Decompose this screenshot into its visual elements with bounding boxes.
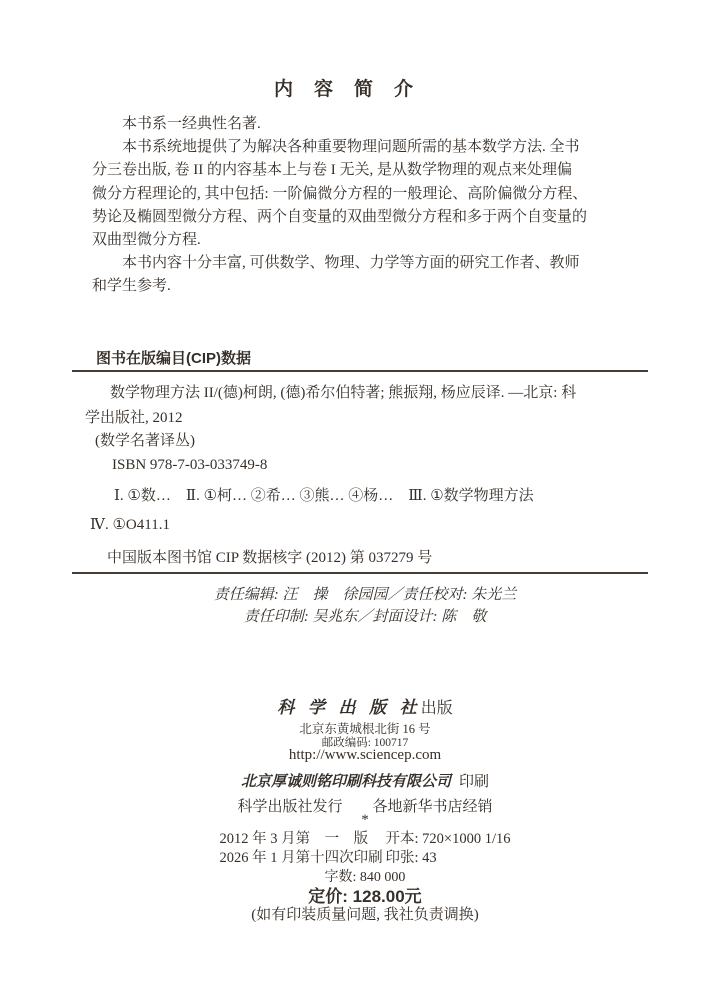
cip-header: 图书在版编目(CIP)数据 [96,347,251,368]
printer-name: 北京厚诚则铭印刷科技有限公司 [241,772,451,790]
cip-isbn: ISBN 978-7-03-033749-8 [112,457,267,474]
publisher-name: 科学出版社 [277,698,430,718]
copyright-page: 内 容 简 介 本书系一经典性名著. 本书系统地提供了为解决各种重要物理问题所需… [0,0,720,1000]
intro-line-1: 本书系一经典性名著. [92,113,628,136]
format-cell: 开本: 720×1000 1/16 [386,830,511,849]
staff-credits: 责任编辑: 汪 操 徐园园／责任校对: 朱光兰 责任印制: 吴兆东／封面设计: … [10,584,720,628]
spec-row-edition: 2012 年 3 月第 一 版 开本: 720×1000 1/16 [220,830,511,849]
intro-line-8: 和学生参考. [92,275,628,298]
publisher-website: http://www.sciencep.com [10,747,720,764]
cip-classification-line1: Ⅰ. ①数… Ⅱ. ①柯… ②希… ③熊… ④杨… Ⅲ. ①数学物理方法 [114,484,534,505]
separator-star: * [10,812,720,829]
intro-paragraphs: 本书系一经典性名著. 本书系统地提供了为解决各种重要物理问题所需的基本数学方法.… [92,113,628,299]
cip-block: 图书在版编目(CIP)数据 数学物理方法 II/(德)柯朗, (德)希尔伯特著;… [72,344,648,576]
intro-line-6: 双曲型微分方程. [92,229,628,252]
cip-classification-line2: Ⅳ. ①O411.1 [90,515,170,534]
intro-title: 内 容 简 介 [0,74,688,101]
staff-printing-cover-line: 责任印制: 吴兆东／封面设计: 陈 敬 [10,606,720,628]
printer-suffix: 印刷 [459,774,489,790]
cip-registry: 中国版本图书馆 CIP 数据核字 (2012) 第 037279 号 [107,546,432,567]
cip-divider-top [72,370,648,372]
staff-editors-line: 责任编辑: 汪 操 徐园园／责任校对: 朱光兰 [10,584,720,606]
intro-line-5: 势论及椭圆型微分方程、两个自变量的双曲型微分方程和多于两个自变量的 [92,206,628,229]
intro-line-3: 分三卷出版, 卷 II 的内容基本上与卷 I 无关, 是从数学物理的观点来处理偏 [92,159,628,182]
publisher-suffix: 出版 [421,700,453,717]
reprint-note: (如有印装质量问题, 我社负责调换) [10,903,720,924]
cip-record-line1: 数学物理方法 II/(德)柯朗, (德)希尔伯特著; 熊振翔, 杨应辰译. —北… [110,381,576,402]
intro-line-4: 微分方程理论的, 其中包括: 一阶偏微分方程的一般理论、高阶偏微分方程、 [92,183,628,206]
intro-line-2: 本书系统地提供了为解决各种重要物理问题所需的基本数学方法. 全书 [92,136,628,159]
edition-cell: 2012 年 3 月第 一 版 [220,830,386,849]
cip-series: (数学名著译丛) [95,429,195,450]
intro-line-7: 本书内容十分丰富, 可供数学、物理、力学等方面的研究工作者、教师 [92,252,628,275]
publisher-line: 科学出版社出版 [10,693,720,718]
print-spec-table: 2012 年 3 月第 一 版 开本: 720×1000 1/16 2026 年… [220,830,511,868]
printer-line: 北京厚诚则铭印刷科技有限公司印刷 [10,770,720,791]
cip-record-line2: 学出版社, 2012 [85,406,183,427]
cip-divider-bottom [72,572,648,574]
